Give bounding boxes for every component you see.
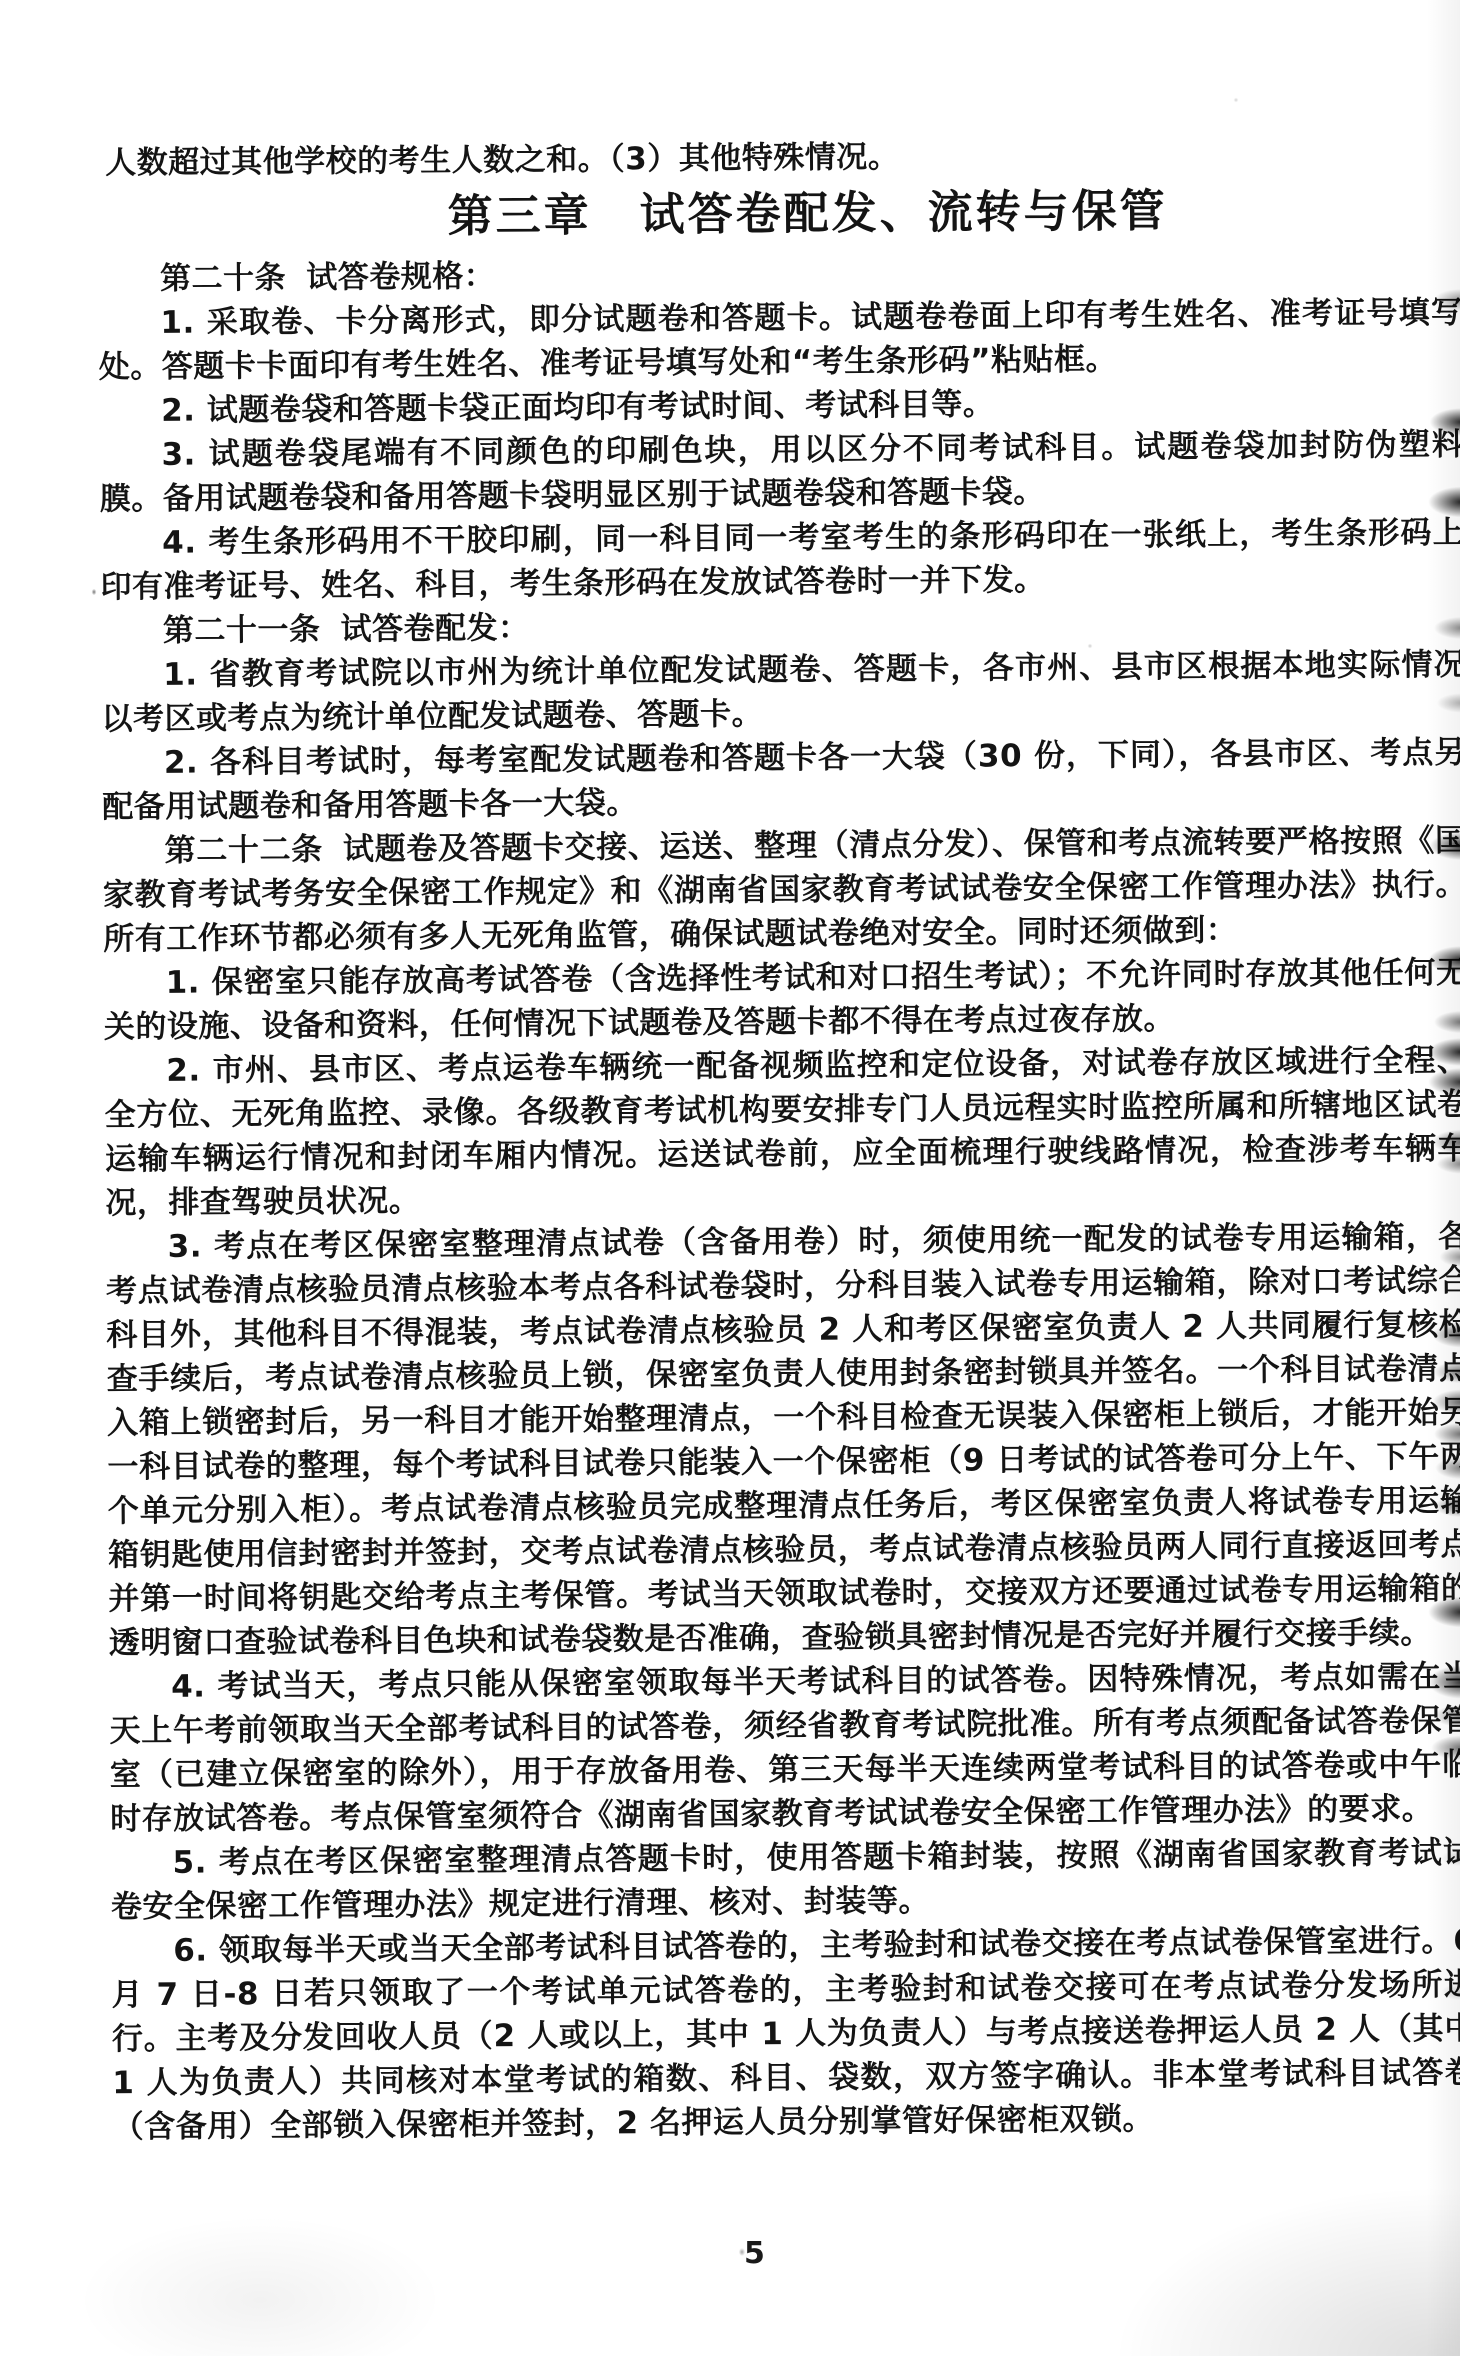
intro-paragraph: 人数超过其他学校的考生人数之和。（3）其他特殊情况。 [97,131,1460,186]
document-content: 人数超过其他学校的考生人数之和。（3）其他特殊情况。 第三章 试答卷配发、流转与… [97,131,1460,2150]
page-number: 5 [744,2236,765,2271]
paragraph: 第二十二条试题卷及答题卡交接、运送、整理（清点分发）、保管和考点流转要严格按照《… [102,819,1460,962]
chapter-title: 第三章 试答卷配发、流转与保管 [97,181,1460,248]
scanned-document-page: 人数超过其他学校的考生人数之和。（3）其他特殊情况。 第三章 试答卷配发、流转与… [0,0,1460,2356]
paragraph: 1. 采取卷、卡分离形式，即分试题卷和答题卡。试题卷卷面上印有考生姓名、准考证号… [98,291,1460,390]
article-number: 第二十一条 [163,612,321,649]
paragraph: 1. 保密室只能存放高考试答卷（含选择性考试和对口招生考试）；不允许同时存放其他… [103,951,1460,1050]
paragraph: 6. 领取每半天或当天全部考试科目试答卷的，主考验封和试卷交接在考点试卷保管室进… [111,1919,1460,2150]
paragraph: 4. 考试当天，考点只能从保密室领取每半天考试科目的试答卷。因特殊情况，考点如需… [109,1655,1460,1842]
paragraph: 5. 考点在考区保密室整理清点答题卡时，使用答题卡箱封装，按照《湖南省国家教育考… [110,1831,1460,1930]
paragraph: 4. 考生条形码用不干胶印刷，同一科目同一考室考生的条形码印在一张纸上，考生条形… [100,511,1460,610]
paragraph: 3. 试题卷袋尾端有不同颜色的印刷色块，用以区分不同考试科目。试题卷袋加封防伪塑… [99,423,1460,522]
article-number: 第二十二条 [164,832,323,869]
document-body: 第二十条试答卷规格：1. 采取卷、卡分离形式，即分试题卷和答题卡。试题卷卷面上印… [98,247,1460,2150]
paragraph: 2. 各科目考试时，每考室配发试题卷和答题卡各一大袋（30 份，下同），各县市区… [102,731,1460,830]
paragraph: 3. 考点在考区保密室整理清点试卷（含备用卷）时，须使用统一配发的试卷专用运输箱… [106,1215,1460,1666]
paragraph: 1. 省教育考试院以市州为统计单位配发试题卷、答题卡，各市州、县市区根据本地实际… [101,643,1460,742]
article-number: 第二十条 [160,260,286,297]
paragraph: 2. 市州、县市区、考点运卷车辆统一配备视频监控和定位设备，对试卷存放区域进行全… [104,1039,1460,1226]
